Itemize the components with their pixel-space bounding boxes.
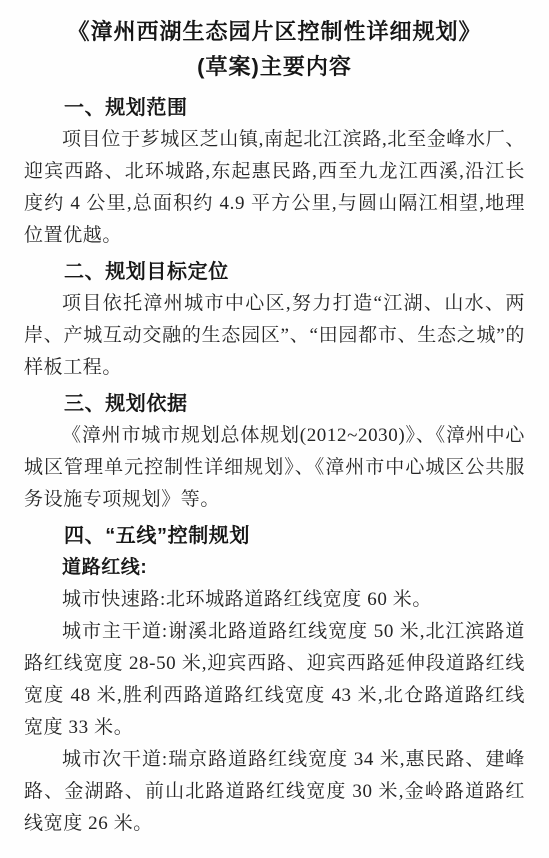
document-header: 《漳州西湖生态园片区控制性详细规划》 (草案)主要内容 <box>0 0 549 84</box>
section-4-paragraph-expressway: 城市快速路:北环城路道路红线宽度 60 米。 <box>24 584 525 616</box>
section-2-paragraph: 项目依托漳州城市中心区,努力打造“江湖、山水、两岸、产城互动交融的生态园区”、“… <box>24 288 525 384</box>
document-body: 一、规划范围 项目位于芗城区芝山镇,南起北江滨路,北至金峰水厂、迎宾西路、北环城… <box>0 92 549 840</box>
section-4-paragraph-secondary-road: 城市次干道:瑞京路道路红线宽度 34 米,惠民路、建峰路、金湖路、前山北路道路红… <box>24 744 525 840</box>
section-4-subheading-road-redline: 道路红线: <box>24 552 525 584</box>
section-4-paragraph-arterial-road: 城市主干道:谢溪北路道路红线宽度 50 米,北江滨路道路红线宽度 28-50 米… <box>24 616 525 744</box>
document-page: 《漳州西湖生态园片区控制性详细规划》 (草案)主要内容 一、规划范围 项目位于芗… <box>0 0 549 858</box>
section-1-heading: 一、规划范围 <box>24 92 525 124</box>
document-title-line-1: 《漳州西湖生态园片区控制性详细规划》 <box>0 14 549 49</box>
section-1-paragraph: 项目位于芗城区芝山镇,南起北江滨路,北至金峰水厂、迎宾西路、北环城路,东起惠民路… <box>24 124 525 252</box>
document-title-line-2: (草案)主要内容 <box>0 49 549 84</box>
section-3-paragraph: 《漳州市城市规划总体规划(2012~2030)》、《漳州中心城区管理单元控制性详… <box>24 420 525 516</box>
section-3-heading: 三、规划依据 <box>24 388 525 420</box>
section-4-heading: 四、“五线”控制规划 <box>24 520 525 552</box>
section-2-heading: 二、规划目标定位 <box>24 256 525 288</box>
